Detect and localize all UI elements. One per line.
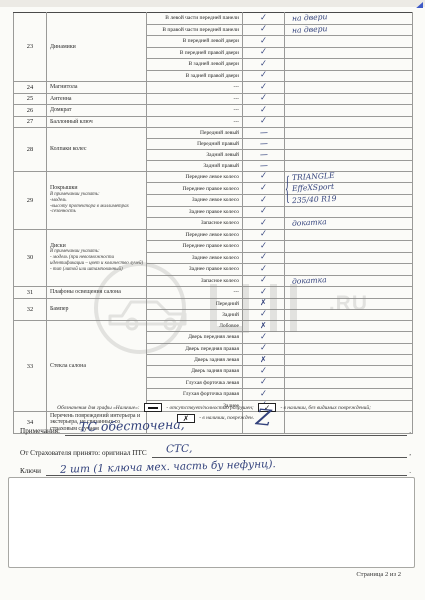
table-row: 27Баллонный ключ---✓ <box>14 116 413 128</box>
check-mark: ✓ <box>260 183 267 194</box>
check-mark: ✓ <box>260 94 267 105</box>
row-number: 23 <box>14 13 47 82</box>
item-name-cell: Домкрат <box>47 105 147 117</box>
element-cell: В передней правой двери <box>147 47 243 59</box>
item-name: Баллонный ключ <box>50 119 144 126</box>
presence-cell: ✓ <box>243 377 285 389</box>
legend-line-1: Обозначения для графы «Наличие»: - отсут… <box>18 403 410 413</box>
z-mark: Z <box>256 417 272 423</box>
check-mark: ✓ <box>260 389 267 400</box>
row-number: 26 <box>14 105 47 117</box>
element-cell: Заднее левое колесо <box>147 252 243 264</box>
presence-cell: ✓ <box>243 195 285 207</box>
presence-cell: ✗ <box>243 298 285 309</box>
element-cell: Переднее правое колесо <box>147 183 243 195</box>
table-row: 25Антенна---✓ <box>14 93 413 105</box>
row-number: 30 <box>14 229 47 287</box>
check-mark: ✓ <box>260 310 267 321</box>
dash-symbol-box <box>144 403 162 412</box>
presence-cell: ✓ <box>243 93 285 105</box>
note-cell: докатка <box>285 275 413 287</box>
check-mark: ✓ <box>260 218 267 229</box>
legend-dash-label: - отсутствует/полностью разрушен; <box>166 405 253 411</box>
element-cell: --- <box>147 82 243 94</box>
legend-check-label: - в наличии, без видимых повреждений; <box>280 405 370 411</box>
presence-cell: ✓ <box>243 24 285 36</box>
element-cell: В левой части передней панели <box>147 13 243 25</box>
note-cell <box>285 298 413 309</box>
note-cell: докатка <box>285 218 413 230</box>
element-cell: В задней правой двери <box>147 70 243 82</box>
check-mark: ✓ <box>260 13 267 24</box>
check-mark: ✓ <box>260 332 267 343</box>
note-cell <box>285 366 413 378</box>
item-name: Динамики <box>50 44 144 51</box>
item-name: Бампер <box>50 306 144 313</box>
dash-mark: — <box>260 161 267 170</box>
received-underline: СТС, <box>152 439 408 458</box>
element-cell: Заднее правое колесо <box>147 264 243 276</box>
handwritten-note: TRIANGLE <box>292 172 335 183</box>
check-mark: ✓ <box>260 366 267 377</box>
presence-cell: ✓ <box>243 389 285 401</box>
handwritten-note: докатка <box>292 276 327 286</box>
check-mark: ✓ <box>260 105 267 116</box>
keys-underline: 2 шт (1 ключа мех. часть бу нефунц). <box>46 457 407 476</box>
note-cell <box>285 105 413 117</box>
check-mark: ✓ <box>260 378 267 389</box>
element-cell: Лобовое <box>147 321 243 332</box>
row-number: 32 <box>14 298 47 320</box>
element-cell: Запасное колесо <box>147 275 243 287</box>
presence-cell: ✓ <box>243 206 285 218</box>
dash-mark: — <box>260 150 267 159</box>
element-cell: Запасное колесо <box>147 218 243 230</box>
item-name-cell: Бампер <box>47 298 147 320</box>
presence-cell: ✓ <box>243 171 285 183</box>
empty-signature-box <box>8 477 415 568</box>
scan-edge-strip <box>0 0 425 7</box>
presence-cell: ✓ <box>243 241 285 253</box>
row-number: 28 <box>14 128 47 172</box>
element-cell: В передней левой двери <box>147 36 243 48</box>
note-cell <box>285 264 413 276</box>
note-cell <box>285 116 413 128</box>
brace-mark: { <box>285 172 290 209</box>
check-mark: ✓ <box>260 206 267 217</box>
notes-line-end: . <box>407 427 411 436</box>
note-cell <box>285 355 413 366</box>
page-number: Страница 2 из 2 <box>356 571 401 578</box>
item-name: Покрышки <box>50 185 144 192</box>
item-name-annotation: -сезонность <box>50 209 144 215</box>
element-cell: Заднее правое колесо <box>147 206 243 218</box>
table-row: 26Домкрат---✓ <box>14 105 413 117</box>
element-cell: Дверь передняя левая <box>147 332 243 344</box>
handwritten-note: 235/40 R19 <box>292 195 337 206</box>
item-name-cell: ПокрышкиВ примечании указать:-модель-выс… <box>47 171 147 229</box>
notes-field-line: Примечания: ТС обесточена, . <box>20 417 411 436</box>
note-cell <box>285 321 413 332</box>
presence-cell: ✓ <box>243 70 285 82</box>
row-number: 31 <box>14 287 47 299</box>
item-name: Стекла салона <box>50 363 144 370</box>
received-field-line: От Страхователя принято: оригинал ПТС СТ… <box>20 439 411 458</box>
check-mark: ✓ <box>260 253 267 264</box>
dash-mark: — <box>260 139 267 148</box>
check-mark: ✓ <box>260 287 267 298</box>
element-cell: Глухая форточка левая <box>147 377 243 389</box>
check-mark: ✓ <box>260 48 267 59</box>
element-cell: Заднее левое колесо <box>147 195 243 207</box>
check-mark: ✓ <box>260 276 267 287</box>
item-name-annotation: - модель (при невозможности идентификаци… <box>50 255 144 267</box>
check-mark: ✓ <box>260 59 267 70</box>
element-cell: Передний правый <box>147 139 243 150</box>
element-cell: В задней левой двери <box>147 59 243 71</box>
presence-cell: ✓ <box>243 366 285 378</box>
table-row: 32БамперПередний✗ <box>14 298 413 309</box>
cross-mark: ✗ <box>260 321 267 330</box>
table-row: 24Магнитола---✓ <box>14 82 413 94</box>
item-name: Домкрат <box>50 107 144 114</box>
inspection-checklist-table: 23ДинамикиВ левой части передней панели✓… <box>13 12 413 434</box>
element-cell: Дверь задняя правая <box>147 366 243 378</box>
table-row: 28Колпаки колесПередний левый— <box>14 128 413 139</box>
check-mark: ✓ <box>260 230 267 241</box>
element-cell: --- <box>147 105 243 117</box>
check-mark: ✓ <box>260 117 267 128</box>
table-row: 30ДискиВ примечании указать:- модель (пр… <box>14 229 413 241</box>
presence-cell: ✓ <box>243 82 285 94</box>
note-cell: на двери <box>285 24 413 36</box>
item-name: Плафоны освещения салона <box>50 289 144 296</box>
check-mark: ✓ <box>260 82 267 93</box>
item-name: Антенна <box>50 96 144 103</box>
note-cell <box>285 128 413 139</box>
presence-cell: ✗ <box>243 321 285 332</box>
row-number: 29 <box>14 171 47 229</box>
presence-cell: ✓ <box>243 105 285 117</box>
presence-cell: ✓ <box>243 343 285 355</box>
item-name-cell: Стекла салона <box>47 321 147 412</box>
keys-handwritten-value: 2 шт (1 ключа мех. часть бу нефунц). <box>60 458 276 476</box>
element-cell: Задний левый <box>147 150 243 161</box>
element-cell: Переднее левое колесо <box>147 171 243 183</box>
row-number: 25 <box>14 93 47 105</box>
row-number: 33 <box>14 321 47 412</box>
presence-cell: ✓ <box>243 229 285 241</box>
dash-symbol-icon <box>148 407 158 409</box>
item-name: Диски <box>50 243 144 250</box>
note-cell <box>285 377 413 389</box>
note-cell <box>285 343 413 355</box>
note-cell <box>285 287 413 299</box>
note-cell <box>285 82 413 94</box>
presence-cell: ✓ <box>243 287 285 299</box>
note-cell: EffeXSport <box>285 183 413 195</box>
element-cell: В правой части передней панели <box>147 24 243 36</box>
note-cell <box>285 309 413 321</box>
presence-cell: ✓ <box>243 47 285 59</box>
element-cell: Переднее левое колесо <box>147 229 243 241</box>
row-number: 24 <box>14 82 47 94</box>
check-mark: ✓ <box>260 24 267 35</box>
handwritten-note: на двери <box>292 13 328 23</box>
keys-line-end: . <box>407 467 411 476</box>
scanned-inspection-form-page2: .RU 23ДинамикиВ левой части передней пан… <box>0 0 425 600</box>
legend-prefix: Обозначения для графы «Наличие»: <box>57 405 139 411</box>
notes-label: Примечания: <box>20 427 65 436</box>
table-row: 23ДинамикиВ левой части передней панели✓… <box>14 13 413 25</box>
presence-cell: ✓ <box>243 13 285 25</box>
note-cell <box>285 70 413 82</box>
note-cell <box>285 161 413 172</box>
note-cell: 235/40 R19 <box>285 195 413 207</box>
item-name-cell: Баллонный ключ <box>47 116 147 128</box>
keys-label: Ключи <box>20 467 46 476</box>
item-name-annotation: - тип (литой или штампованный) <box>50 267 144 273</box>
dash-mark: — <box>260 129 267 138</box>
check-mark: ✓ <box>260 71 267 82</box>
element-cell: --- <box>147 287 243 299</box>
table-row: 31Плафоны освещения салона---✓ <box>14 287 413 299</box>
item-name-cell: Динамики <box>47 13 147 82</box>
handwritten-note: докатка <box>292 218 327 228</box>
presence-cell: ✓ <box>243 252 285 264</box>
row-number: 27 <box>14 116 47 128</box>
check-mark: ✓ <box>260 241 267 252</box>
element-cell: Передний левый <box>147 128 243 139</box>
check-mark: ✓ <box>260 344 267 355</box>
handwritten-note: на двери <box>292 25 328 35</box>
note-cell <box>285 139 413 150</box>
notes-underline: ТС обесточена, <box>65 417 407 436</box>
presence-cell: ✓ <box>243 264 285 276</box>
notes-handwritten-value: ТС обесточена, <box>79 417 185 435</box>
item-name-cell: ДискиВ примечании указать:- модель (при … <box>47 229 147 287</box>
table-row: 33Стекла салонаЛобовое✗ <box>14 321 413 332</box>
note-cell <box>285 59 413 71</box>
presence-cell: — <box>243 150 285 161</box>
presence-cell: ✓ <box>243 116 285 128</box>
note-cell: {TRIANGLE <box>285 171 413 183</box>
note-cell <box>285 150 413 161</box>
element-cell: Переднее правое колесо <box>147 241 243 253</box>
presence-cell: ✓ <box>243 218 285 230</box>
item-name: Магнитола <box>50 84 144 91</box>
note-cell <box>285 252 413 264</box>
element-cell: Передний <box>147 298 243 309</box>
element-cell: Глухая форточка правая <box>147 389 243 401</box>
item-name-cell: Колпаки колес <box>47 128 147 172</box>
check-mark: ✓ <box>260 195 267 206</box>
item-name-cell: Антенна <box>47 93 147 105</box>
table-row: 29ПокрышкиВ примечании указать:-модель-в… <box>14 171 413 183</box>
presence-cell: — <box>243 128 285 139</box>
cross-mark: ✗ <box>260 355 267 364</box>
note-cell <box>285 332 413 344</box>
presence-cell: ✓ <box>243 183 285 195</box>
item-name: Колпаки колес <box>50 146 144 153</box>
note-cell <box>285 93 413 105</box>
presence-cell: ✓ <box>243 332 285 344</box>
note-cell <box>285 229 413 241</box>
item-name-cell: Плафоны освещения салона <box>47 287 147 299</box>
check-mark: ✓ <box>260 172 267 183</box>
presence-cell: ✓ <box>243 36 285 48</box>
element-cell: --- <box>147 93 243 105</box>
element-cell: --- <box>147 116 243 128</box>
note-cell: на двери <box>285 13 413 25</box>
note-cell <box>285 36 413 48</box>
received-handwritten-value: СТС, <box>165 443 192 456</box>
presence-cell: ✓ <box>243 309 285 321</box>
check-mark: ✓ <box>260 36 267 47</box>
presence-cell: ✓ <box>243 59 285 71</box>
element-cell: Задний правый <box>147 161 243 172</box>
note-cell <box>285 389 413 401</box>
element-cell: Задний <box>147 309 243 321</box>
check-mark: ✓ <box>260 264 267 275</box>
presence-cell: ✗ <box>243 355 285 366</box>
item-name-cell: Магнитола <box>47 82 147 94</box>
cross-mark: ✗ <box>260 299 267 308</box>
element-cell: Дверь передняя правая <box>147 343 243 355</box>
keys-field-line: Ключи 2 шт (1 ключа мех. часть бу нефунц… <box>20 457 411 476</box>
element-cell: Дверь задняя левая <box>147 355 243 366</box>
note-cell <box>285 241 413 253</box>
presence-cell: — <box>243 139 285 150</box>
note-cell <box>285 206 413 218</box>
note-cell <box>285 47 413 59</box>
handwritten-note: EffeXSport <box>292 183 335 194</box>
presence-cell: ✓ <box>243 275 285 287</box>
